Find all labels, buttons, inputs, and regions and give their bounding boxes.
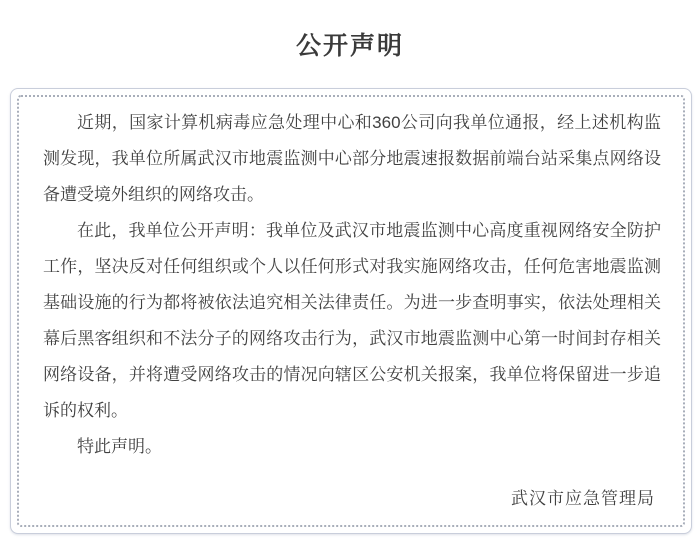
page-title: 公开声明: [0, 0, 700, 62]
statement-box: 近期，国家计算机病毒应急处理中心和360公司向我单位通报，经上述机构监测发现，我…: [10, 88, 692, 534]
statement-paragraph-1: 近期，国家计算机病毒应急处理中心和360公司向我单位通报，经上述机构监测发现，我…: [43, 105, 661, 213]
statement-document: 公开声明 近期，国家计算机病毒应急处理中心和360公司向我单位通报，经上述机构监…: [0, 0, 700, 62]
statement-box-dotted-frame: 近期，国家计算机病毒应急处理中心和360公司向我单位通报，经上述机构监测发现，我…: [17, 95, 685, 527]
statement-paragraph-2: 在此，我单位公开声明：我单位及武汉市地震监测中心高度重视网络安全防护工作，坚决反…: [43, 213, 661, 429]
signature-block: 武汉市应急管理局 2023年7月26日: [43, 481, 661, 527]
signature-date: 2023年7月26日: [43, 517, 655, 527]
signature-organization: 武汉市应急管理局: [43, 481, 655, 517]
statement-closing-line: 特此声明。: [43, 429, 661, 465]
